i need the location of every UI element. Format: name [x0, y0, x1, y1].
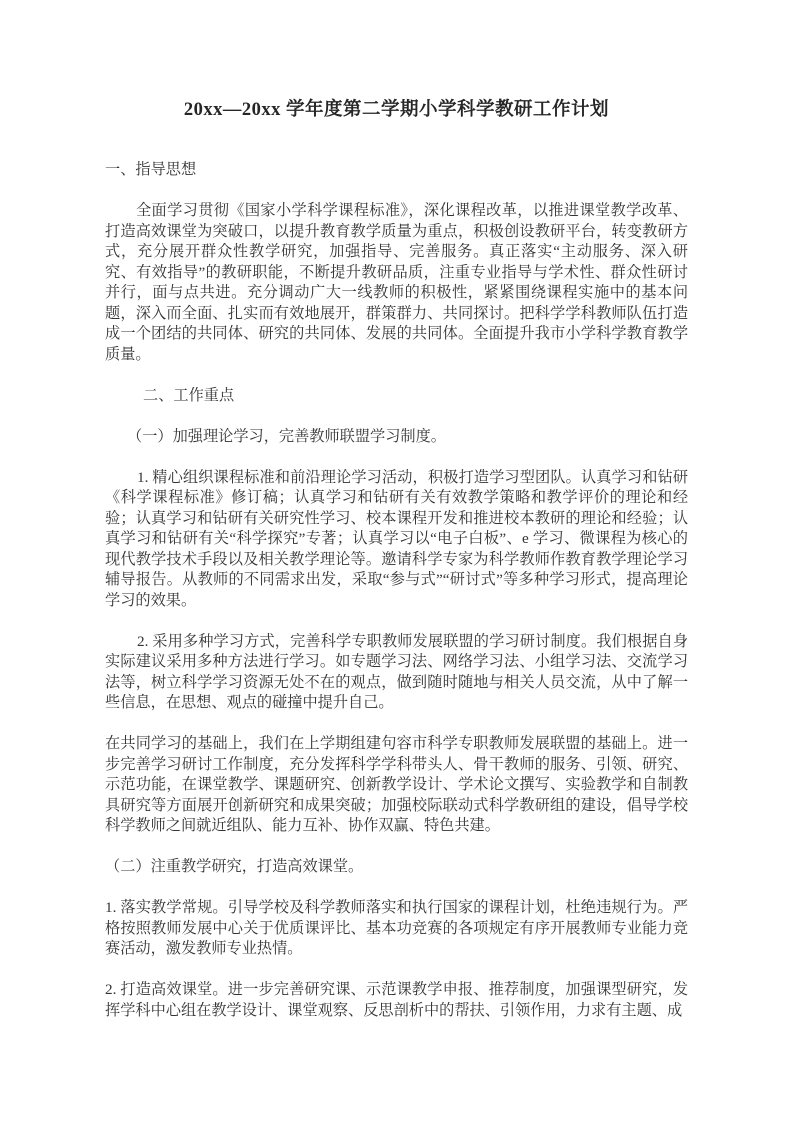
subsection-heading-theory-learning: （一）加强理论学习，完善教师联盟学习制度。	[105, 427, 688, 448]
subsection-heading-teaching-research: （二）注重教学研究，打造高效课堂。	[105, 857, 688, 878]
section-heading-work-priorities: 二、工作重点	[105, 386, 688, 407]
section-heading-guiding-ideology: 一、指导思想	[105, 160, 688, 181]
document-page: 20xx—20xx 学年度第二学期小学科学教研工作计划 一、指导思想 全面学习贯…	[0, 0, 793, 1122]
paragraph-item-1-organize-curriculum-study: 1. 精心组织课程标准和前沿理论学习活动，积极打造学习型团队。认真学习和钻研《科…	[105, 468, 688, 612]
paragraph-item-2-efficient-classroom: 2. 打造高效课堂。进一步完善研究课、示范课教学申报、推荐制度，加强课型研究，发…	[105, 980, 688, 1021]
paragraph-item-2-learning-methods: 2. 采用多种学习方式，完善科学专职教师发展联盟的学习研讨制度。我们根据自身实际…	[105, 632, 688, 714]
paragraph-guiding-ideology: 全面学习贯彻《国家小学科学课程标准》，深化课程改革，以推进课堂教学改革、打造高效…	[105, 201, 688, 365]
paragraph-item-1-teaching-routine: 1. 落实教学常规。引导学校及科学教师落实和执行国家的课程计划，杜绝违规行为。严…	[105, 898, 688, 960]
paragraph-teacher-alliance: 在共同学习的基础上，我们在上学期组建句容市科学专职教师发展联盟的基础上。进一步完…	[105, 734, 688, 837]
doc-title: 20xx—20xx 学年度第二学期小学科学教研工作计划	[105, 97, 688, 124]
